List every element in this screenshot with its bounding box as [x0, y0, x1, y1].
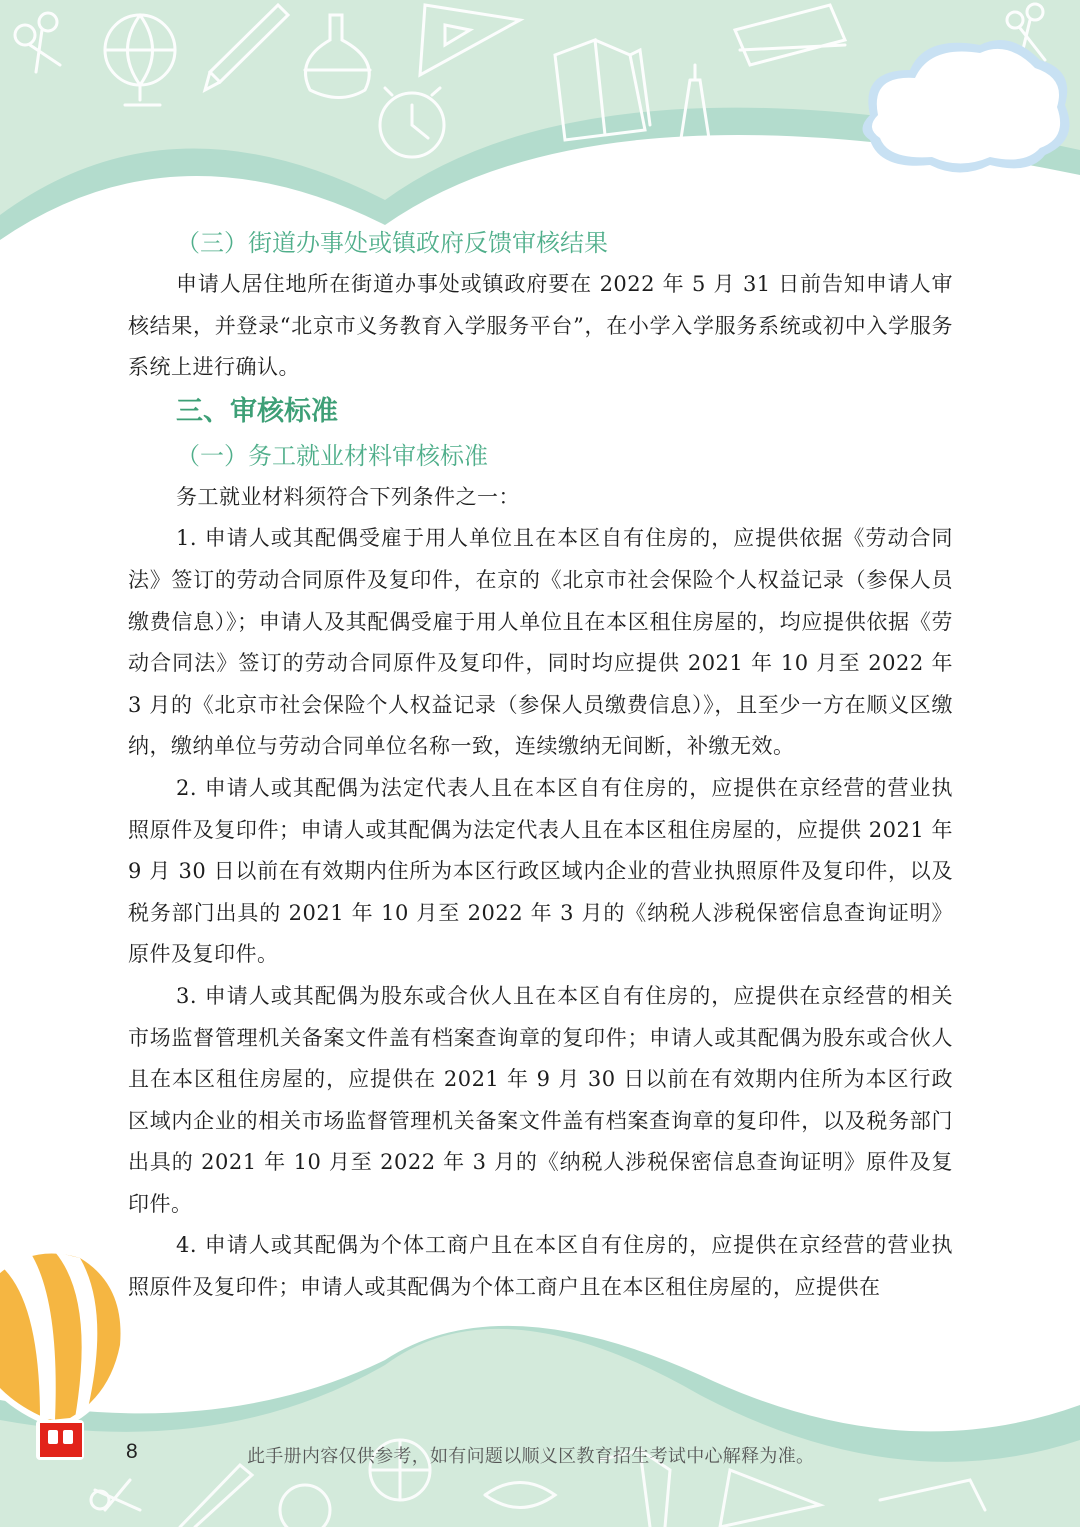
footer-disclaimer: 此手册内容仅供参考，如有问题以顺义区教育招生考试中心解释为准。 [247, 1442, 814, 1468]
page-footer: 8 此手册内容仅供参考，如有问题以顺义区教育招生考试中心解释为准。 [0, 1440, 1080, 1480]
paragraph-item-1: 1. 申请人或其配偶受雇于用人单位且在本区自有住房的，应提供依据《劳动合同法》签… [128, 518, 953, 768]
paragraph-item-4: 4. 申请人或其配偶为个体工商户且在本区自有住房的，应提供在京经营的营业执照原件… [128, 1225, 953, 1308]
section-subheading-employment-materials: （一）务工就业材料审核标准 [128, 435, 953, 477]
paragraph-feedback: 申请人居住地所在街道办事处或镇政府要在 2022 年 5 月 31 日前告知申请… [128, 264, 953, 389]
paragraph-item-3: 3. 申请人或其配偶为股东或合伙人且在本区自有住房的，应提供在京经营的相关市场监… [128, 976, 953, 1226]
document-body: （三）街道办事处或镇政府反馈审核结果 申请人居住地所在街道办事处或镇政府要在 2… [128, 222, 953, 1309]
paragraph-conditions-intro: 务工就业材料须符合下列条件之一： [128, 477, 953, 519]
section-heading-review-standards: 三、审核标准 [128, 389, 953, 435]
page-number: 8 [126, 1440, 138, 1464]
paragraph-item-2: 2. 申请人或其配偶为法定代表人且在本区自有住房的，应提供在京经营的营业执照原件… [128, 768, 953, 976]
section-subheading-feedback: （三）街道办事处或镇政府反馈审核结果 [128, 222, 953, 264]
